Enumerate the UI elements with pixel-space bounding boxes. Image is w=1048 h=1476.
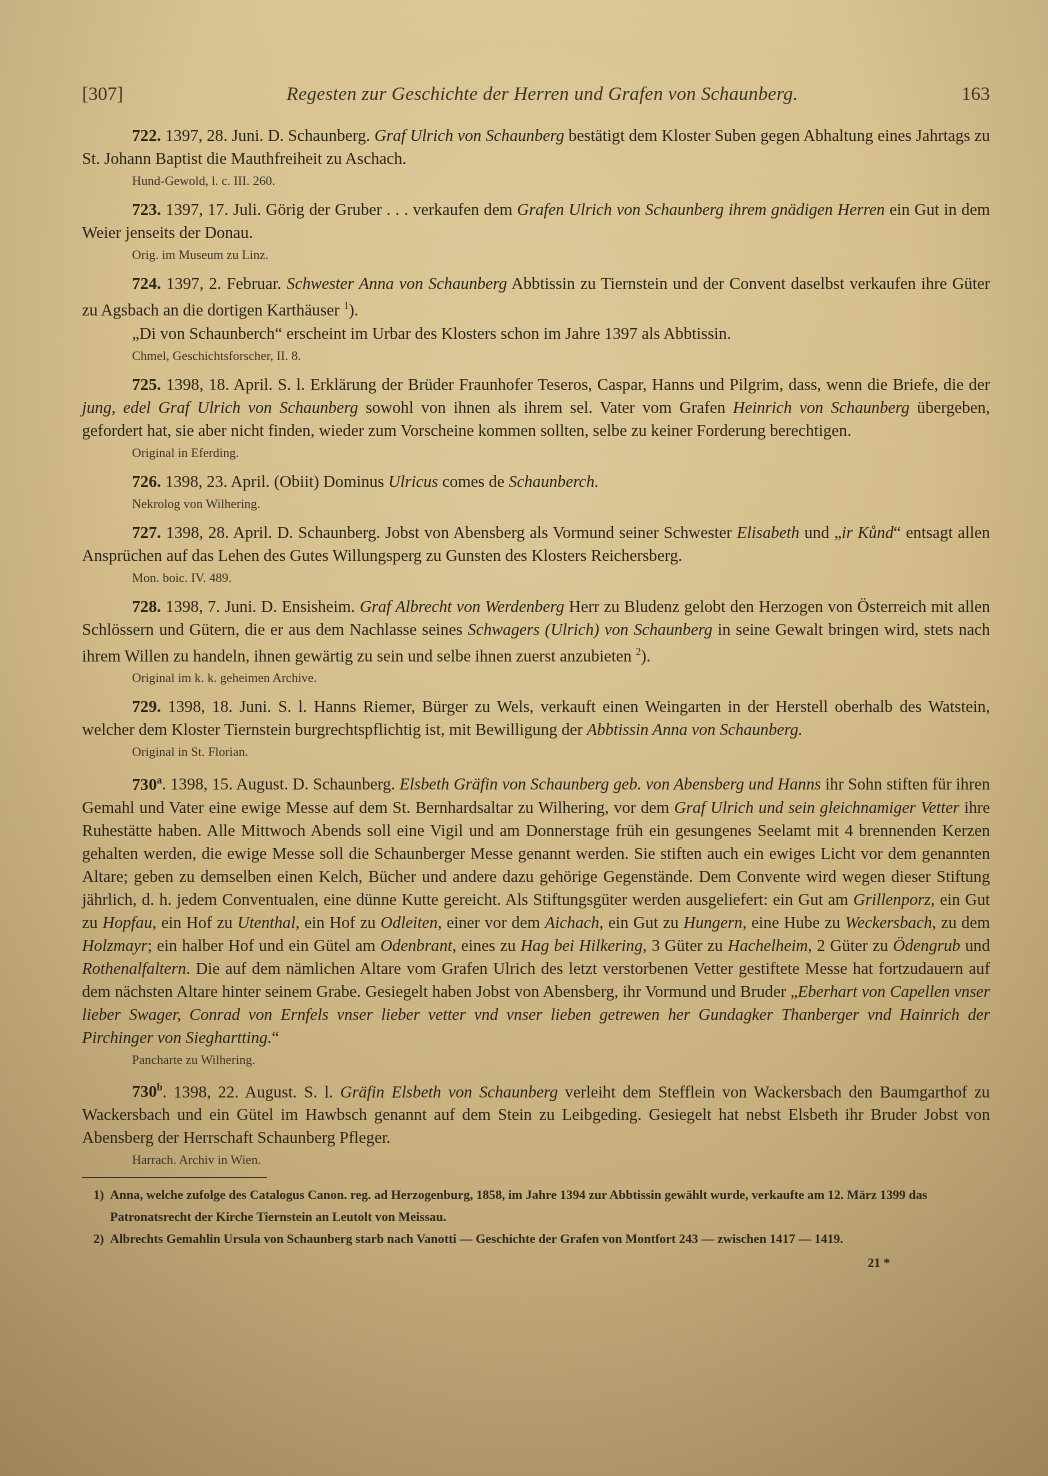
footnote-divider xyxy=(82,1177,267,1178)
regest-entry: 726. 1398, 23. April. (Obiit) Dominus Ul… xyxy=(82,470,990,513)
entry-source: Original in Eferding. xyxy=(132,444,990,462)
italic-name: Abbtissin Anna von Schaunberg. xyxy=(587,720,803,739)
entry-source: Chmel, Geschichtsforscher, II. 8. xyxy=(132,347,990,365)
italic-name: ir Kůnd xyxy=(842,523,894,542)
regest-entry: 723. 1397, 17. Juli. Görig der Gruber . … xyxy=(82,198,990,264)
text-run: . 1398, 22. August. S. l. xyxy=(162,1082,340,1101)
italic-name: Hungern xyxy=(683,913,742,932)
entry-number: 722. xyxy=(132,126,161,145)
regest-entry: 724. 1397, 2. Februar. Schwester Anna vo… xyxy=(82,272,990,365)
footnote: 2)Albrechts Gemahlin Ursula von Schaunbe… xyxy=(82,1228,990,1250)
entry-source: Nekrolog von Wilhering. xyxy=(132,495,990,513)
text-run: 1398, 18. April. S. l. Erklärung der Brü… xyxy=(161,375,990,394)
text-run: , 3 Güter zu xyxy=(643,936,728,955)
text-run: comes de xyxy=(438,472,509,491)
entry-text: 723. 1397, 17. Juli. Görig der Gruber . … xyxy=(82,198,990,244)
italic-name: Heinrich von Schaunberg xyxy=(733,398,910,417)
text-run: und „ xyxy=(799,523,841,542)
text-run: , 2 Güter zu xyxy=(808,936,893,955)
footnote-mark: 2) xyxy=(82,1228,104,1250)
italic-name: Ulricus xyxy=(388,472,438,491)
entry-number: 730a xyxy=(132,775,162,794)
italic-name: Rothenalfaltern xyxy=(82,959,186,978)
text-run: ). xyxy=(641,646,651,665)
text-run: , eines zu xyxy=(452,936,520,955)
entry-number: 730b xyxy=(132,1082,162,1101)
regest-entry: 730b. 1398, 22. August. S. l. Gräfin Els… xyxy=(82,1077,990,1170)
text-run: , eine Hube zu xyxy=(742,913,845,932)
italic-name: Gräfin Elsbeth von Schaunberg xyxy=(340,1082,558,1101)
entry-number: 727. xyxy=(132,523,161,542)
entry-note: „Di von Schaunberch“ erscheint im Urbar … xyxy=(82,322,990,345)
text-run: 1397, 2. Februar. xyxy=(161,274,287,293)
italic-name: Aichach xyxy=(545,913,599,932)
text-run: 1397, 17. Juli. Görig der Gruber . . . v… xyxy=(161,200,517,219)
italic-name: jung, edel Graf Ulrich von Schaunberg xyxy=(82,398,358,417)
entry-text: 724. 1397, 2. Februar. Schwester Anna vo… xyxy=(82,272,990,322)
entry-text: 729. 1398, 18. Juni. S. l. Hanns Riemer,… xyxy=(82,695,990,741)
text-run: “ xyxy=(272,1028,279,1047)
running-head: [307] Regesten zur Geschichte der Herren… xyxy=(82,84,990,106)
entry-text: 725. 1398, 18. April. S. l. Erklärung de… xyxy=(82,373,990,442)
italic-name: Elsbeth Gräfin von Schaunberg geb. von A… xyxy=(399,775,820,794)
entry-source: Hund-Gewold, l. c. III. 260. xyxy=(132,172,990,190)
entries-list: 722. 1397, 28. Juni. D. Schaunberg. Graf… xyxy=(82,124,990,1169)
footnote: 1)Anna, welche zufolge des Catalogus Can… xyxy=(82,1184,990,1228)
signature-mark: 21 * xyxy=(82,1256,890,1271)
entry-text: 730b. 1398, 22. August. S. l. Gräfin Els… xyxy=(82,1077,990,1150)
entry-source: Original in St. Florian. xyxy=(132,743,990,761)
regest-entry: 728. 1398, 7. Juni. D. Ensisheim. Graf A… xyxy=(82,595,990,688)
italic-name: Hag bei Hilkering xyxy=(521,936,643,955)
text-run: 1398, 18. Juni. S. l. Hanns Riemer, Bürg… xyxy=(82,697,990,739)
document-page: [307] Regesten zur Geschichte der Herren… xyxy=(82,84,990,1271)
regest-entry: 727. 1398, 28. April. D. Schaunberg. Job… xyxy=(82,521,990,587)
text-run: ). xyxy=(349,301,359,320)
entry-source: Original im k. k. geheimen Archive. xyxy=(132,669,990,687)
entry-number: 729. xyxy=(132,697,161,716)
italic-name: Odenbrant xyxy=(380,936,452,955)
italic-name: Elisabeth xyxy=(737,523,800,542)
regest-entry: 729. 1398, 18. Juni. S. l. Hanns Riemer,… xyxy=(82,695,990,761)
italic-name: Utenthal xyxy=(237,913,295,932)
entry-number: 726. xyxy=(132,472,161,491)
italic-name: Schwester Anna von Schaunberg xyxy=(287,274,507,293)
italic-name: Grillenporz xyxy=(853,890,930,909)
regest-entry: 725. 1398, 18. April. S. l. Erklärung de… xyxy=(82,373,990,462)
italic-name: Graf Ulrich von Schaunberg xyxy=(374,126,564,145)
italic-name: Ödengrub xyxy=(893,936,960,955)
text-run: 1397, 28. Juni. D. Schaunberg. xyxy=(161,126,374,145)
italic-name: Hachelheim xyxy=(728,936,808,955)
text-run: 1398, 7. Juni. D. Ensisheim. xyxy=(161,597,360,616)
entry-source: Mon. boic. IV. 489. xyxy=(132,569,990,587)
text-run: , ein Gut zu xyxy=(599,913,683,932)
entry-text: 730a. 1398, 15. August. D. Schaunberg. E… xyxy=(82,769,990,1049)
entry-text: 722. 1397, 28. Juni. D. Schaunberg. Graf… xyxy=(82,124,990,170)
italic-name: Schaunberch. xyxy=(509,472,599,491)
regest-entry: 722. 1397, 28. Juni. D. Schaunberg. Graf… xyxy=(82,124,990,190)
footnote-text: Albrechts Gemahlin Ursula von Schaunberg… xyxy=(110,1232,843,1246)
regest-entry: 730a. 1398, 15. August. D. Schaunberg. E… xyxy=(82,769,990,1069)
italic-name: Graf Albrecht von Werdenberg xyxy=(360,597,565,616)
text-run: und xyxy=(960,936,990,955)
text-run: , ein Hof zu xyxy=(152,913,237,932)
entry-number: 728. xyxy=(132,597,161,616)
entry-text: 726. 1398, 23. April. (Obiit) Dominus Ul… xyxy=(82,470,990,493)
page-number: 163 xyxy=(961,84,990,106)
entry-source: Harrach. Archiv in Wien. xyxy=(132,1151,990,1169)
entry-text: 727. 1398, 28. April. D. Schaunberg. Job… xyxy=(82,521,990,567)
text-run: 1398, 23. April. (Obiit) Dominus xyxy=(161,472,388,491)
italic-name: Holzmayr xyxy=(82,936,147,955)
section-number: [307] xyxy=(82,84,123,106)
italic-name: Hopfau xyxy=(102,913,152,932)
text-run: ; ein halber Hof und ein Gütel am xyxy=(147,936,380,955)
entry-text: 728. 1398, 7. Juni. D. Ensisheim. Graf A… xyxy=(82,595,990,668)
italic-name: Graf Ulrich und sein gleichnamiger Vette… xyxy=(674,798,959,817)
footnote-text: Anna, welche zufolge des Catalogus Canon… xyxy=(110,1188,927,1224)
footnote-mark: 1) xyxy=(82,1184,104,1206)
text-run: sowohl von ihnen als ihrem sel. Vater vo… xyxy=(358,398,733,417)
text-run: , ein Hof zu xyxy=(295,913,380,932)
italic-name: Grafen Ulrich von Schaunberg ihrem gnädi… xyxy=(517,200,885,219)
entry-source: Pancharte zu Wilhering. xyxy=(132,1051,990,1069)
page-title: Regesten zur Geschichte der Herren und G… xyxy=(287,84,799,106)
entry-number: 724. xyxy=(132,274,161,293)
entry-number: 725. xyxy=(132,375,161,394)
italic-name: Weckersbach xyxy=(845,913,932,932)
footnotes: 1)Anna, welche zufolge des Catalogus Can… xyxy=(82,1184,990,1250)
text-run: . 1398, 15. August. D. Schaunberg. xyxy=(162,775,400,794)
text-run: 1398, 28. April. D. Schaunberg. Jobst vo… xyxy=(161,523,737,542)
entry-number: 723. xyxy=(132,200,161,219)
italic-name: Odleiten xyxy=(381,913,438,932)
text-run: , zu dem xyxy=(932,913,990,932)
italic-name: Schwagers (Ulrich) von Schaunberg xyxy=(468,620,713,639)
entry-source: Orig. im Museum zu Linz. xyxy=(132,246,990,264)
text-run: , einer vor dem xyxy=(438,913,545,932)
